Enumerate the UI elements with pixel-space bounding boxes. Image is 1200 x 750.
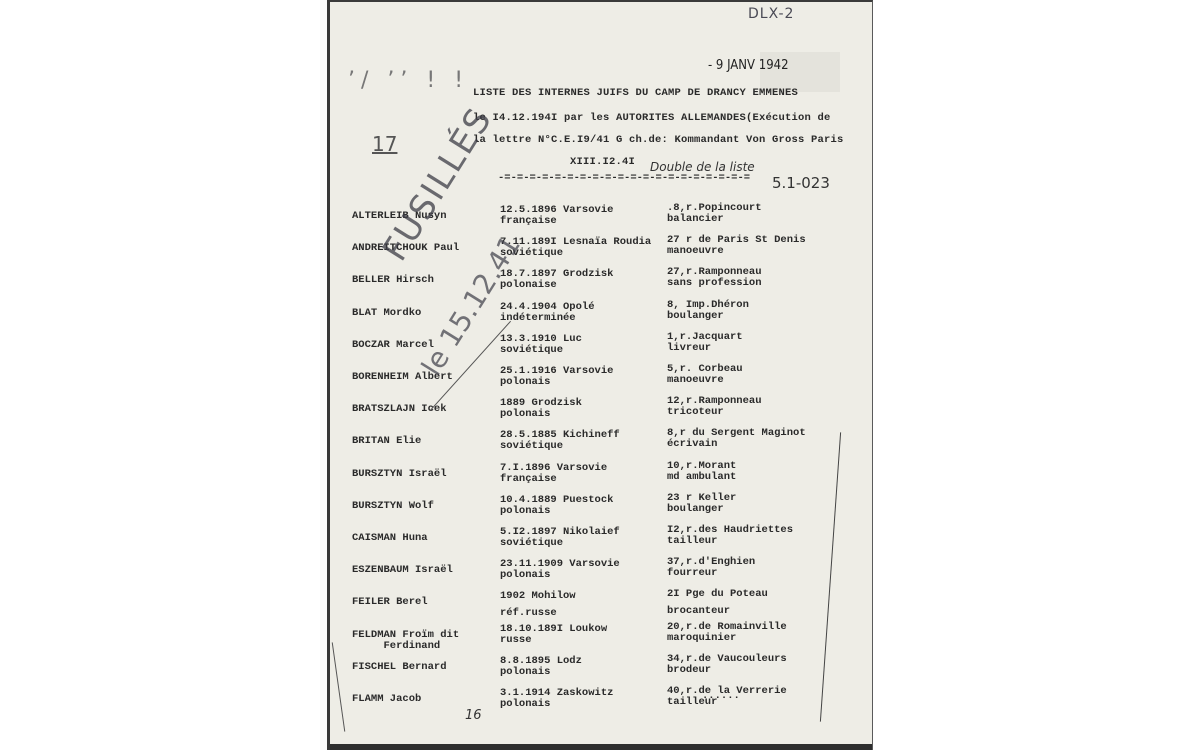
nationality: française — [500, 474, 607, 485]
profession: brodeur — [667, 665, 787, 676]
address-and-profession: .8,r.Popincourtbalancier — [667, 203, 762, 225]
address-and-profession: 1,r.Jacquartlivreur — [667, 332, 743, 354]
address: 2I Pge du Poteau — [667, 589, 768, 600]
nationality: soviétique — [500, 538, 620, 549]
profession: sans profession — [667, 278, 762, 289]
birth-and-nationality: 28.5.1885 Kichineffsoviétique — [500, 430, 620, 452]
profession: écrivain — [667, 439, 806, 450]
profession: fourreur — [667, 568, 755, 579]
address-and-profession: 2I Pge du Poteaubrocanteur — [667, 589, 768, 617]
internee-list: ALTERLEIB Nusyn12.5.1896 Varsoviefrançai… — [330, 2, 872, 750]
address-and-profession: 27,r.Ramponneausans profession — [667, 267, 762, 289]
internee-name: BURSZTYN Wolf — [352, 501, 434, 512]
address: 20,r.de Romainville — [667, 622, 787, 633]
address: 10,r.Morant — [667, 461, 736, 472]
nationality: polonaise — [500, 280, 613, 291]
birth-date-place: 24.4.1904 Opolé — [500, 302, 595, 313]
nationality: soviétique — [500, 441, 620, 452]
internee-name: FLAMM Jacob — [352, 694, 421, 705]
birth-and-nationality: 23.11.1909 Varsoviepolonais — [500, 559, 620, 581]
internee-name: BURSZTYN Israël — [352, 469, 447, 480]
birth-date-place: 1902 Mohilow — [500, 591, 576, 602]
nationality: française — [500, 216, 613, 227]
nationality: russe — [500, 635, 607, 646]
address-and-profession: 10,r.Morantmd ambulant — [667, 461, 736, 483]
nationality: indéterminée — [500, 313, 595, 324]
nationality: soviétique — [500, 345, 582, 356]
internee-name: FISCHEL Bernard — [352, 662, 447, 673]
profession: livreur — [667, 343, 743, 354]
address-and-profession: 34,r.de Vaucouleursbrodeur — [667, 654, 787, 676]
profession: balancier — [667, 214, 762, 225]
address-and-profession: 12,r.Ramponneautricoteur — [667, 396, 762, 418]
address-and-profession: 37,r.d'Enghienfourreur — [667, 557, 755, 579]
address-and-profession: I2,r.des Haudriettestailleur — [667, 525, 793, 547]
internee-name: CAISMAN Huna — [352, 533, 428, 544]
birth-and-nationality: 8.8.1895 Lodzpolonais — [500, 656, 582, 678]
birth-and-nationality: 24.4.1904 Opoléindéterminée — [500, 302, 595, 324]
internee-name: BOCZAR Marcel — [352, 340, 434, 351]
birth-and-nationality: 25.1.1916 Varsoviepolonais — [500, 366, 613, 388]
birth-and-nationality: 5.I2.1897 Nikolaiefsoviétique — [500, 527, 620, 549]
birth-and-nationality: 1902 Mohilowréf.russe — [500, 591, 576, 619]
internee-name: BRITAN Elie — [352, 436, 421, 447]
internee-name: BLAT Mordko — [352, 308, 421, 319]
nationality: réf.russe — [500, 608, 576, 619]
birth-and-nationality: 18.7.1897 Grodziskpolonaise — [500, 269, 613, 291]
profession: tricoteur — [667, 407, 762, 418]
profession: tailleur — [667, 536, 793, 547]
address-and-profession: 20,r.de Romainvillemaroquinier — [667, 622, 787, 644]
address-and-profession: 27 r de Paris St Denismanoeuvre — [667, 235, 806, 257]
nationality: polonais — [500, 409, 582, 420]
profession: boulanger — [667, 504, 736, 515]
nationality: polonais — [500, 377, 613, 388]
internee-name: FELDMAN Froïm dit Ferdinand — [352, 630, 459, 652]
nationality: polonais — [500, 699, 613, 710]
birth-and-nationality: 18.10.189I Loukowrusse — [500, 624, 607, 646]
continuation-marker: ...... — [702, 690, 740, 702]
internee-name: FEILER Berel — [352, 597, 428, 608]
nationality: polonais — [500, 506, 613, 517]
internee-name: ESZENBAUM Israël — [352, 565, 453, 576]
birth-date-place: 7.I.1896 Varsovie — [500, 463, 607, 474]
profession: brocanteur — [667, 606, 768, 617]
nationality: polonais — [500, 570, 620, 581]
profession: md ambulant — [667, 472, 736, 483]
profession: maroquinier — [667, 633, 787, 644]
profession: manoeuvre — [667, 246, 806, 257]
internee-name: BELLER Hirsch — [352, 275, 434, 286]
profession: manoeuvre — [667, 375, 743, 386]
address-and-profession: 5,r. Corbeaumanoeuvre — [667, 364, 743, 386]
birth-and-nationality: 13.3.1910 Lucsoviétique — [500, 334, 582, 356]
address-and-profession: 8,r du Sergent Maginotécrivain — [667, 428, 806, 450]
footer-page-number: 16 — [465, 708, 482, 723]
birth-date-place: 18.10.189I Loukow — [500, 624, 607, 635]
profession: boulanger — [667, 311, 749, 322]
birth-and-nationality: 7.I.1896 Varsoviefrançaise — [500, 463, 607, 485]
birth-and-nationality: 10.4.1889 Puestockpolonais — [500, 495, 613, 517]
address: 8, Imp.Dhéron — [667, 300, 749, 311]
nationality: polonais — [500, 667, 582, 678]
birth-and-nationality: 12.5.1896 Varsoviefrançaise — [500, 205, 613, 227]
birth-and-nationality: 1889 Grodziskpolonais — [500, 398, 582, 420]
birth-and-nationality: 3.1.1914 Zaskowitzpolonais — [500, 688, 613, 710]
address-and-profession: 23 r Kellerboulanger — [667, 493, 736, 515]
document-page: DLX-2 - 9 JANV 1942 ’/ ’’ ! ! 17 LISTE D… — [327, 0, 873, 750]
address-and-profession: 8, Imp.Dhéronboulanger — [667, 300, 749, 322]
